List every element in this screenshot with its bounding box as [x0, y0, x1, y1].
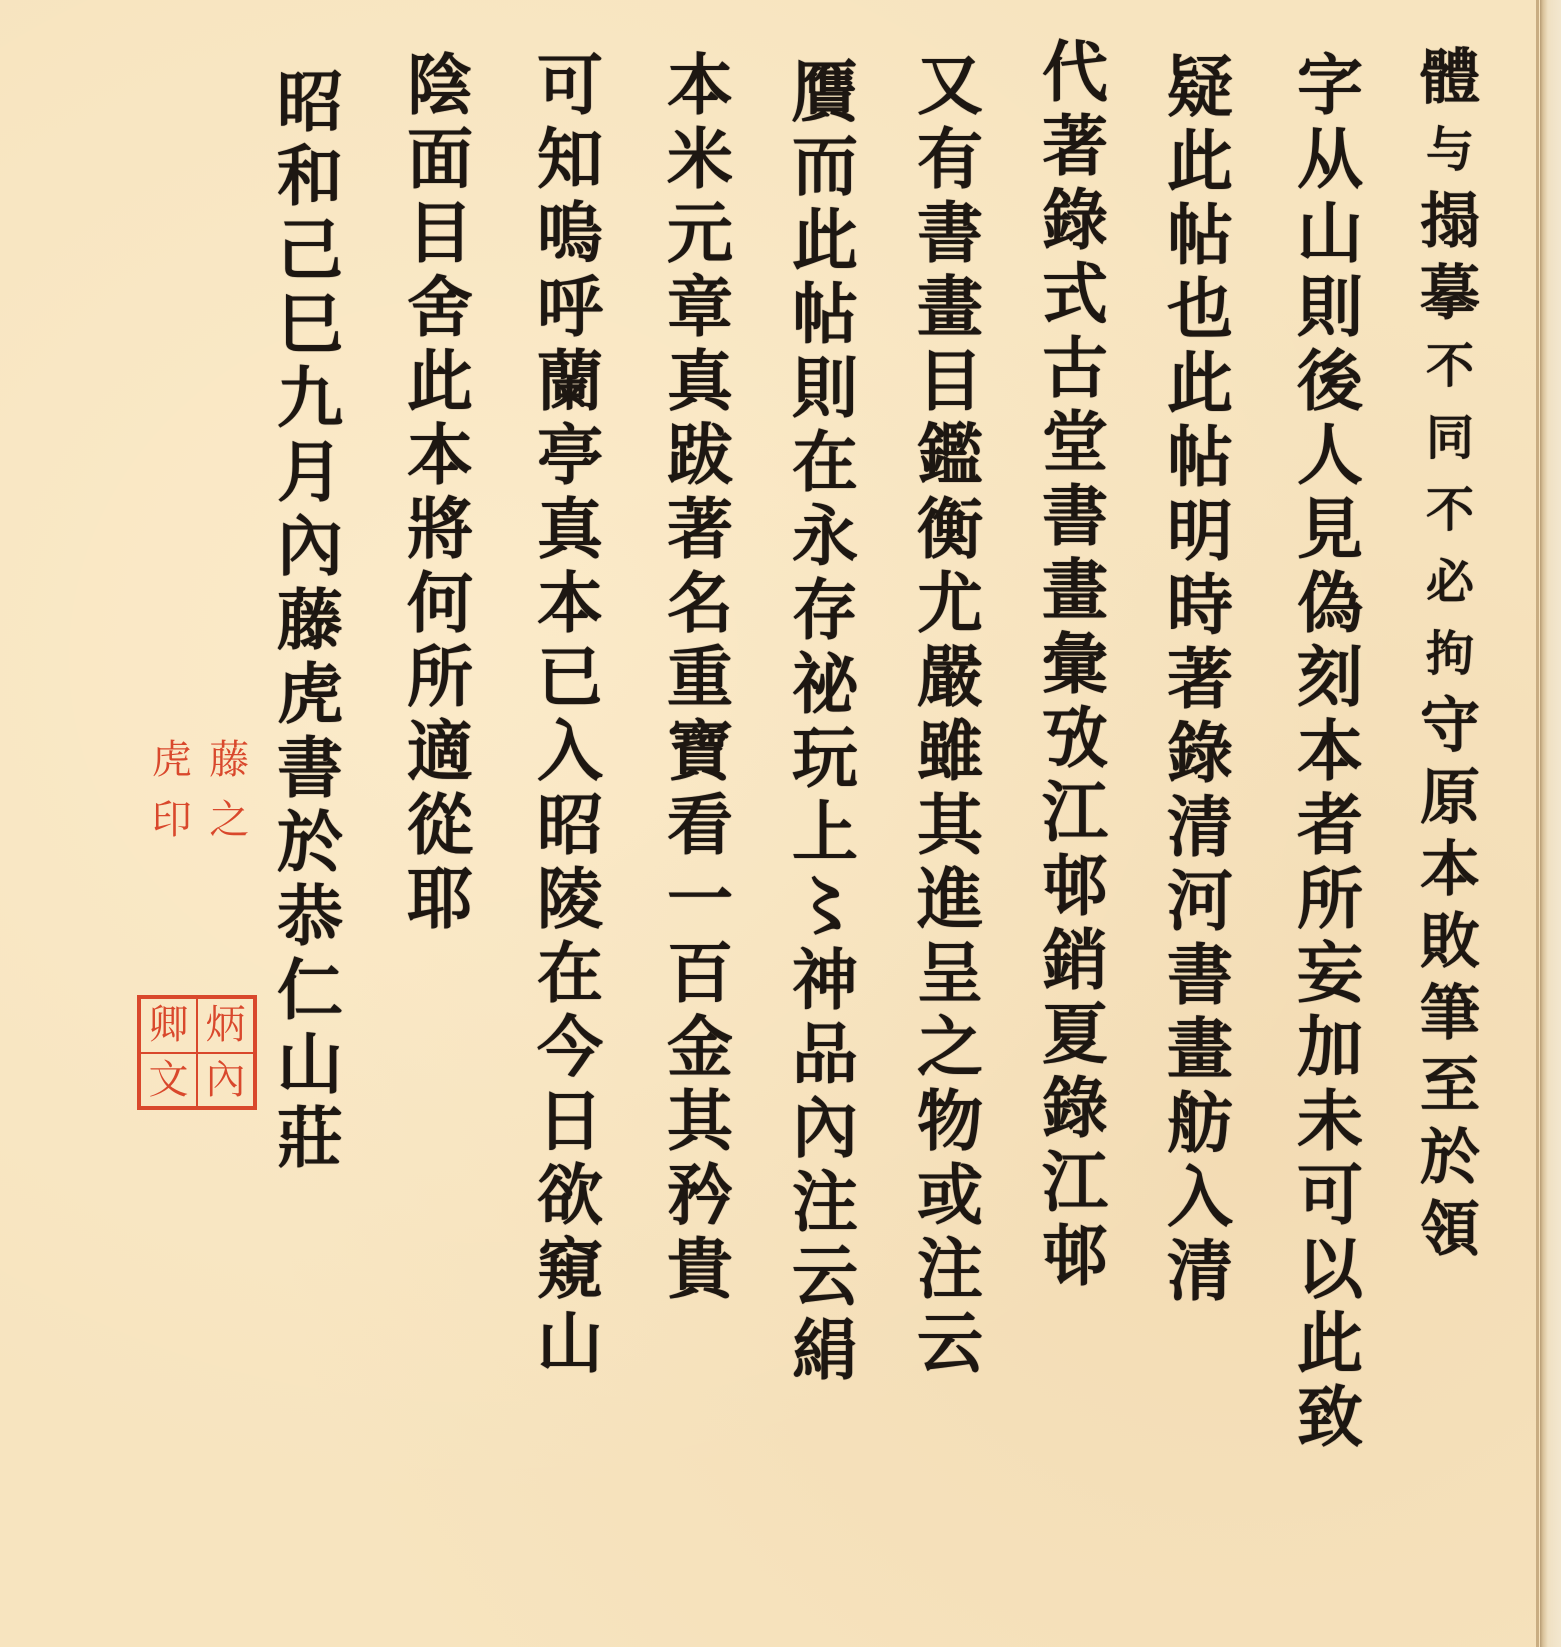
calligraphy-character: 摹 [1400, 258, 1500, 330]
seal-char: 文 [139, 1052, 198, 1109]
calligraphy-character: 与 [1400, 114, 1500, 186]
calligraphy-character: 必 [1400, 546, 1500, 618]
calligraphy-character: 其 [650, 1084, 750, 1158]
seal-char: 炳 [196, 997, 255, 1054]
calligraphy-character: 可 [520, 48, 620, 122]
calligraphy-character: 舫 [1150, 1086, 1250, 1160]
calligraphy-character: 錄 [1025, 183, 1125, 257]
calligraphy-character: 帖 [775, 277, 875, 351]
calligraphy-character: 明 [1150, 494, 1250, 568]
calligraphy-character: 同 [1400, 402, 1500, 474]
calligraphy-character: 江 [1025, 775, 1125, 849]
calligraphy-character: 字 [1280, 48, 1380, 122]
calligraphy-character: 則 [1280, 270, 1380, 344]
calligraphy-character: 矜 [650, 1158, 750, 1232]
calligraphy-character: 古 [1025, 331, 1125, 405]
calligraphy-character: 玩 [775, 721, 875, 795]
calligraphy-character: 贋 [775, 55, 875, 129]
text-column-2: 字从山則後人見偽刻本者所妄加未可以此致 [1275, 48, 1385, 1454]
calligraphy-character: 蘭 [520, 344, 620, 418]
calligraphy-character: 寶 [650, 714, 750, 788]
calligraphy-character: 物 [900, 1084, 1000, 1158]
calligraphy-character: 虎 [260, 657, 360, 731]
calligraphy-character: 畫 [1025, 553, 1125, 627]
text-column-7: 本米元章真跋著名重寶看一百金其矜貴 [645, 48, 755, 1306]
calligraphy-character: 九 [260, 361, 360, 435]
calligraphy-character: 在 [520, 936, 620, 1010]
text-column-3: 疑此帖也此帖明時著錄清河書畫舫入清 [1145, 50, 1255, 1308]
calligraphy-character: 於 [260, 805, 360, 879]
calligraphy-character: 彙 [1025, 627, 1125, 701]
calligraphy-character: 章 [650, 270, 750, 344]
text-column-1: 體与搨摹不同不必拘守原本敗筆至於領 [1395, 42, 1505, 1266]
calligraphy-character: 領 [1400, 1194, 1500, 1266]
calligraphy-character: 注 [900, 1232, 1000, 1306]
calligraphy-character: 窺 [520, 1232, 620, 1306]
upper-seal: 虎 藤 印 之 [143, 730, 258, 850]
calligraphy-character: 時 [1150, 568, 1250, 642]
calligraphy-character: 錄 [1025, 1071, 1125, 1145]
calligraphy-character: 日 [520, 1084, 620, 1158]
calligraphy-character: 陰 [390, 48, 490, 122]
calligraphy-character: 祕 [775, 647, 875, 721]
calligraphy-character: 本 [650, 48, 750, 122]
calligraphy-character: 又 [900, 48, 1000, 122]
calligraphy-character: 上 [775, 795, 875, 869]
seal-char: 之 [201, 790, 259, 850]
calligraphy-character: 或 [900, 1158, 1000, 1232]
calligraphy-character: 山 [520, 1306, 620, 1380]
calligraphy-character: 帖 [1150, 420, 1250, 494]
calligraphy-character: 未 [1280, 1084, 1380, 1158]
calligraphy-character: 本 [1280, 714, 1380, 788]
calligraphy-character: 名 [650, 566, 750, 640]
calligraphy-character: 著 [650, 492, 750, 566]
calligraphy-character: 加 [1280, 1010, 1380, 1084]
signature-column: 昭和己巳九月內藤虎書於恭仁山莊 [255, 65, 365, 1175]
calligraphy-character: 體 [1400, 42, 1500, 114]
calligraphy-character: 一 [650, 862, 750, 936]
calligraphy-character: 耶 [390, 862, 490, 936]
calligraphy-character: 銷 [1025, 923, 1125, 997]
text-column-8: 可知嗚呼蘭亭真本已入昭陵在今日欲窺山 [515, 48, 625, 1380]
calligraphy-character: 真 [520, 492, 620, 566]
calligraphy-character: 可 [1280, 1158, 1380, 1232]
calligraphy-character: 目 [390, 196, 490, 270]
calligraphy-character: 巳 [260, 287, 360, 361]
calligraphy-character: 恭 [260, 879, 360, 953]
calligraphy-character: 江 [1025, 1145, 1125, 1219]
calligraphy-character: 畫 [900, 270, 1000, 344]
calligraphy-character: 舍 [390, 270, 490, 344]
calligraphy-character: 代 [1025, 35, 1125, 109]
calligraphy-character: 今 [520, 1010, 620, 1084]
calligraphy-character: 搨 [1400, 186, 1500, 258]
calligraphy-character: 此 [1150, 124, 1250, 198]
calligraphy-character: 錄 [1150, 716, 1250, 790]
text-column-9: 陰面目舍此本將何所適從耶 [385, 48, 495, 936]
calligraphy-character: 至 [1400, 1050, 1500, 1122]
calligraphy-character: 已 [520, 640, 620, 714]
calligraphy-character: 守 [1400, 690, 1500, 762]
calligraphy-character: 本 [1400, 834, 1500, 906]
seal-char: 虎 [143, 730, 201, 790]
calligraphy-character: 此 [775, 203, 875, 277]
seal-char: 卿 [139, 997, 198, 1054]
calligraphy-character: 書 [1150, 938, 1250, 1012]
calligraphy-character: 筆 [1400, 978, 1500, 1050]
calligraphy-character: 此 [1280, 1306, 1380, 1380]
calligraphy-character: 式 [1025, 257, 1125, 331]
calligraphy-character: 內 [775, 1091, 875, 1165]
calligraphy-character: 仁 [260, 953, 360, 1027]
calligraphy-character: 藤 [260, 583, 360, 657]
calligraphy-character: 清 [1150, 790, 1250, 864]
calligraphy-character: 不 [1400, 474, 1500, 546]
calligraphy-character: 從 [390, 788, 490, 862]
calligraphy-character: 見 [1280, 492, 1380, 566]
calligraphy-character: 嗚 [520, 196, 620, 270]
text-column-6: 贋而此帖則在永存祕玩上〻神品內注云絹 [770, 55, 880, 1387]
calligraphy-character: 河 [1150, 864, 1250, 938]
calligraphy-character: 後 [1280, 344, 1380, 418]
calligraphy-character: 拘 [1400, 618, 1500, 690]
calligraphy-character: 看 [650, 788, 750, 862]
calligraphy-character: 所 [1280, 862, 1380, 936]
calligraphy-character: 月 [260, 435, 360, 509]
calligraphy-character: 己 [260, 213, 360, 287]
calligraphy-character: 邨 [1025, 1219, 1125, 1293]
calligraphy-character: 此 [390, 344, 490, 418]
calligraphy-character: 以 [1280, 1232, 1380, 1306]
calligraphy-character: 書 [1025, 479, 1125, 553]
calligraphy-character: 〻 [775, 869, 875, 943]
calligraphy-character: 山 [1280, 196, 1380, 270]
calligraphy-character: 陵 [520, 862, 620, 936]
calligraphy-character: 著 [1150, 642, 1250, 716]
calligraphy-character: 品 [775, 1017, 875, 1091]
calligraphy-character: 之 [900, 1010, 1000, 1084]
calligraphy-character: 莊 [260, 1101, 360, 1175]
calligraphy-character: 昭 [260, 65, 360, 139]
calligraphy-character: 衡 [900, 492, 1000, 566]
calligraphy-character: 攷 [1025, 701, 1125, 775]
text-column-4: 代著錄式古堂書畫彙攷江邨銷夏錄江邨 [1020, 35, 1130, 1293]
calligraphy-character: 呼 [520, 270, 620, 344]
calligraphy-character: 在 [775, 425, 875, 499]
calligraphy-character: 云 [775, 1239, 875, 1313]
calligraphy-character: 存 [775, 573, 875, 647]
calligraphy-character: 从 [1280, 122, 1380, 196]
calligraphy-character: 畫 [1150, 1012, 1250, 1086]
calligraphy-character: 堂 [1025, 405, 1125, 479]
calligraphy-character: 百 [650, 936, 750, 1010]
seal-char: 內 [196, 1052, 255, 1109]
calligraphy-character: 絹 [775, 1313, 875, 1387]
calligraphy-character: 面 [390, 122, 490, 196]
calligraphy-character: 昭 [520, 788, 620, 862]
calligraphy-character: 本 [520, 566, 620, 640]
calligraphy-character: 所 [390, 640, 490, 714]
calligraphy-character: 帖 [1150, 198, 1250, 272]
calligraphy-character: 妄 [1280, 936, 1380, 1010]
calligraphy-character: 清 [1150, 1234, 1250, 1308]
calligraphy-character: 亭 [520, 418, 620, 492]
calligraphy-character: 云 [900, 1306, 1000, 1380]
calligraphy-character: 貴 [650, 1232, 750, 1306]
calligraphy-character: 神 [775, 943, 875, 1017]
calligraphy-character: 何 [390, 566, 490, 640]
calligraphy-character: 呈 [900, 936, 1000, 1010]
calligraphy-character: 原 [1400, 762, 1500, 834]
seal-char: 印 [143, 790, 201, 850]
calligraphy-character: 欲 [520, 1158, 620, 1232]
calligraphy-character: 刻 [1280, 640, 1380, 714]
calligraphy-character: 致 [1280, 1380, 1380, 1454]
calligraphy-character: 和 [260, 139, 360, 213]
calligraphy-page: 體与搨摹不同不必拘守原本敗筆至於領 字从山則後人見偽刻本者所妄加未可以此致 疑此… [0, 0, 1540, 1647]
calligraphy-character: 注 [775, 1165, 875, 1239]
calligraphy-character: 敗 [1400, 906, 1500, 978]
page-fold-edge [1540, 0, 1561, 1647]
calligraphy-character: 進 [900, 862, 1000, 936]
calligraphy-character: 將 [390, 492, 490, 566]
calligraphy-character: 適 [390, 714, 490, 788]
calligraphy-character: 嚴 [900, 640, 1000, 714]
calligraphy-character: 永 [775, 499, 875, 573]
calligraphy-character: 書 [260, 731, 360, 805]
calligraphy-character: 其 [900, 788, 1000, 862]
lower-seal: 卿 炳 文 內 [137, 995, 257, 1110]
calligraphy-character: 則 [775, 351, 875, 425]
calligraphy-character: 而 [775, 129, 875, 203]
calligraphy-character: 目 [900, 344, 1000, 418]
calligraphy-character: 本 [390, 418, 490, 492]
calligraphy-character: 知 [520, 122, 620, 196]
calligraphy-character: 不 [1400, 330, 1500, 402]
calligraphy-character: 米 [650, 122, 750, 196]
calligraphy-character: 內 [260, 509, 360, 583]
calligraphy-character: 真 [650, 344, 750, 418]
calligraphy-character: 有 [900, 122, 1000, 196]
calligraphy-character: 邨 [1025, 849, 1125, 923]
calligraphy-character: 著 [1025, 109, 1125, 183]
seal-char: 藤 [201, 730, 259, 790]
calligraphy-character: 此 [1150, 346, 1250, 420]
calligraphy-character: 金 [650, 1010, 750, 1084]
calligraphy-character: 疑 [1150, 50, 1250, 124]
calligraphy-character: 入 [520, 714, 620, 788]
calligraphy-character: 跋 [650, 418, 750, 492]
text-column-5: 又有書畫目鑑衡尤嚴雖其進呈之物或注云 [895, 48, 1005, 1380]
calligraphy-character: 者 [1280, 788, 1380, 862]
page-fold-line [1536, 0, 1539, 1647]
calligraphy-character: 雖 [900, 714, 1000, 788]
calligraphy-character: 入 [1150, 1160, 1250, 1234]
calligraphy-character: 鑑 [900, 418, 1000, 492]
calligraphy-character: 元 [650, 196, 750, 270]
calligraphy-character: 也 [1150, 272, 1250, 346]
calligraphy-character: 書 [900, 196, 1000, 270]
calligraphy-character: 偽 [1280, 566, 1380, 640]
calligraphy-character: 尤 [900, 566, 1000, 640]
calligraphy-character: 重 [650, 640, 750, 714]
calligraphy-character: 夏 [1025, 997, 1125, 1071]
calligraphy-character: 於 [1400, 1122, 1500, 1194]
calligraphy-character: 山 [260, 1027, 360, 1101]
calligraphy-character: 人 [1280, 418, 1380, 492]
